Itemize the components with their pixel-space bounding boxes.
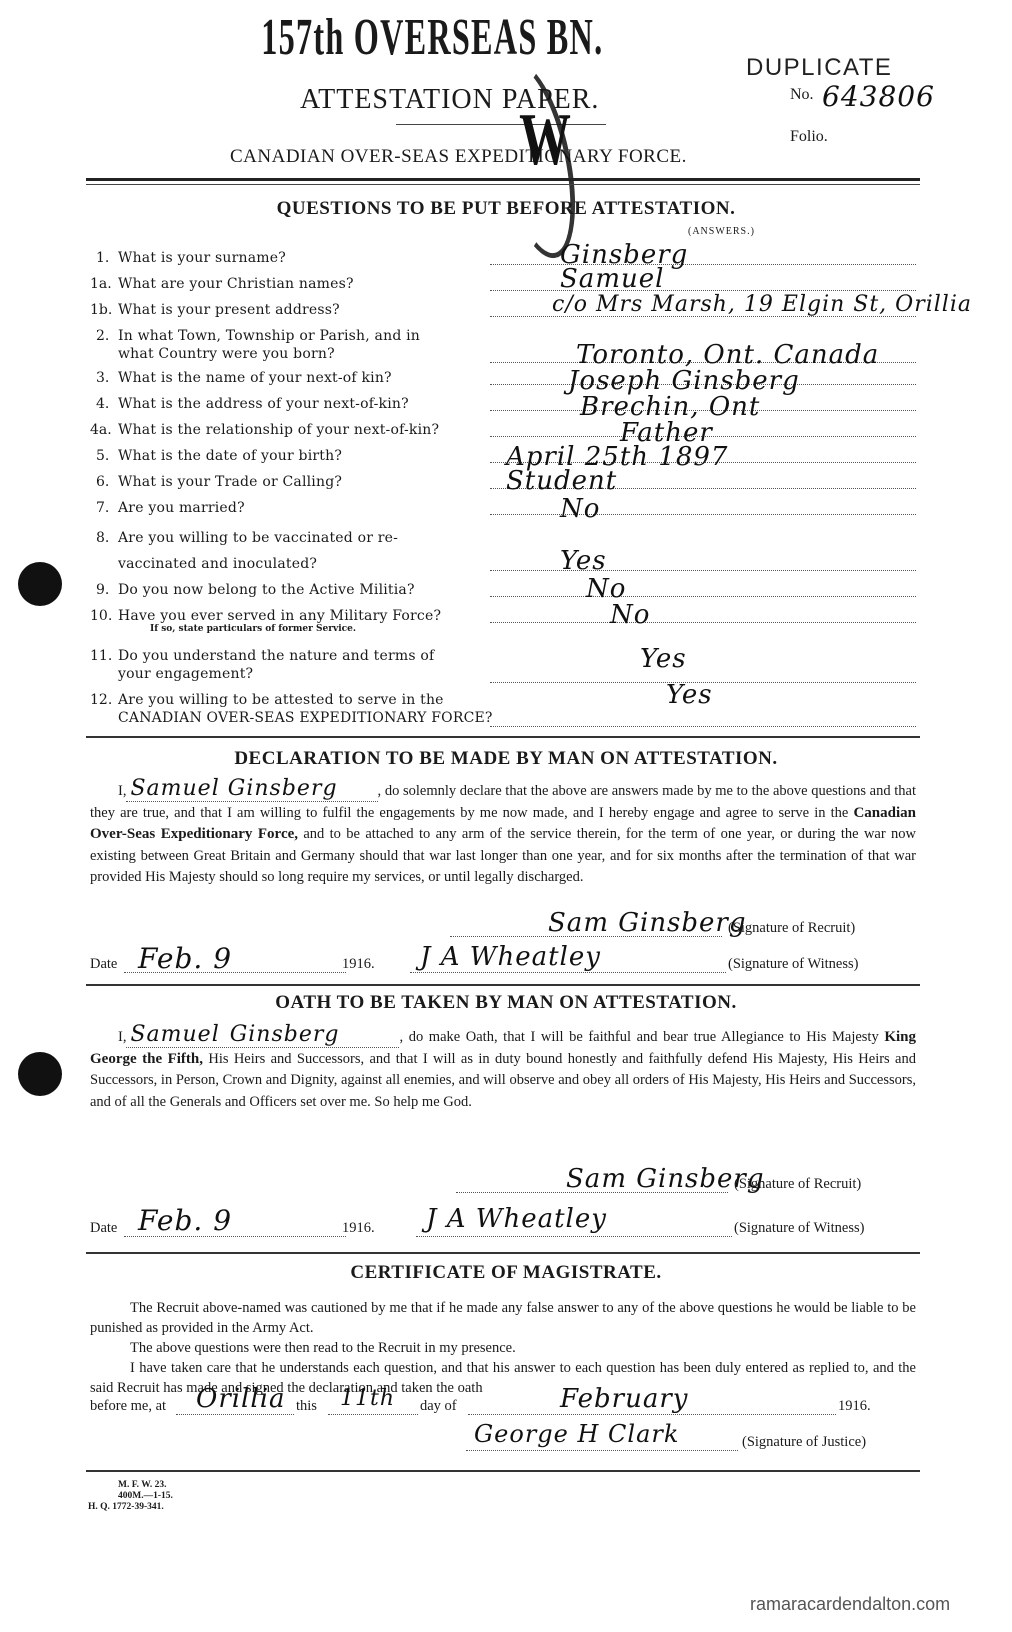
answer-field: Yes — [640, 644, 687, 674]
this-label: this — [296, 1398, 317, 1415]
declaration-date: Feb. 9 — [138, 942, 232, 975]
magistrate-para-1: The Recruit above-named was cautioned by… — [90, 1298, 916, 1338]
declaration-prefix: I, — [90, 783, 126, 799]
declaration-witness-signature: J A Wheatley — [420, 942, 601, 972]
folio-label: Folio. — [790, 128, 828, 146]
magistrate-divider — [86, 1470, 920, 1472]
attestation-month: February — [560, 1384, 688, 1414]
witness-line — [410, 972, 726, 973]
question-text: What is the date of your birth? — [118, 448, 342, 464]
question-text: What is the relationship of your next-of… — [118, 422, 439, 438]
attestation-day: 11th — [340, 1386, 395, 1411]
question-number: 1b. — [90, 302, 112, 318]
declaration-heading: DECLARATION TO BE MADE BY MAN ON ATTESTA… — [0, 748, 1012, 770]
answer-field: Samuel — [560, 264, 664, 294]
recruit-signature-label: (Signature of Recruit) — [728, 920, 855, 937]
question-text: What is your Trade or Calling? — [118, 474, 342, 490]
question-number: 9. — [96, 582, 109, 598]
hq-code: H. Q. 1772-39-341. — [88, 1502, 164, 1513]
question-number: 2. — [96, 328, 109, 344]
declaration-year: 1916. — [342, 956, 375, 973]
signature-line — [456, 1192, 728, 1193]
question-text: Do you understand the nature and terms o… — [118, 648, 434, 664]
question-text: Are you married? — [118, 500, 245, 516]
oath-recruit-name: Samuel Ginsberg — [126, 1022, 399, 1048]
oath-text-1: , do make Oath, that I will be faithful … — [399, 1029, 884, 1045]
question-text: Do you now belong to the Active Militia? — [118, 582, 415, 598]
stamp-letter: W — [519, 98, 571, 183]
question-text: What are your Christian names? — [118, 276, 354, 292]
question-text: What is the name of your next-of kin? — [118, 370, 392, 386]
answer-field: Student — [506, 466, 617, 496]
form-code: M. F. W. 23. — [118, 1480, 166, 1491]
question-number: 11. — [90, 648, 112, 664]
oath-text: I,Samuel Ginsberg, do make Oath, that I … — [90, 1024, 916, 1113]
question-text: Are you willing to be vaccinated or re- — [118, 530, 398, 546]
magistrate-heading: CERTIFICATE OF MAGISTRATE. — [0, 1262, 1012, 1284]
question-text: What is your surname? — [118, 250, 286, 266]
declaration-recruit-name: Samuel Ginsberg — [126, 776, 377, 802]
answer-field: No — [610, 600, 650, 630]
month-line — [468, 1414, 836, 1415]
day-of-label: day of — [420, 1398, 457, 1415]
watermark-link[interactable]: ramaracardendalton.com — [750, 1594, 950, 1615]
before-me-label: before me, at — [90, 1398, 166, 1415]
question-number: 1. — [96, 250, 109, 266]
question-text: Have you ever served in any Military For… — [118, 608, 441, 624]
oath-date: Feb. 9 — [138, 1204, 232, 1237]
oath-divider — [86, 1252, 920, 1254]
question-number: 6. — [96, 474, 109, 490]
oath-heading: OATH TO BE TAKEN BY MAN ON ATTESTATION. — [0, 992, 1012, 1014]
question-number: 12. — [90, 692, 112, 708]
question-text: In what Town, Township or Parish, and in — [118, 328, 420, 344]
justice-line — [466, 1450, 738, 1451]
answer-line — [490, 570, 916, 571]
question-number: 3. — [96, 370, 109, 386]
question-text: What is the address of your next-of-kin? — [118, 396, 409, 412]
question-note: If so, state particulars of former Servi… — [150, 624, 356, 634]
witness-signature-label: (Signature of Witness) — [728, 956, 858, 973]
oath-prefix: I, — [90, 1029, 126, 1045]
question-text-continued: vaccinated and inoculated? — [118, 556, 317, 572]
witness-line — [416, 1236, 732, 1237]
answer-field: No — [560, 494, 600, 524]
hole-punch-icon — [18, 562, 62, 606]
battalion-title: 157th OVERSEAS BN. — [156, 8, 783, 67]
answer-line — [490, 622, 916, 623]
declaration-divider — [86, 984, 920, 986]
question-number: 1a. — [90, 276, 112, 292]
place-line — [176, 1414, 294, 1415]
question-number: 8. — [96, 530, 109, 546]
question-text-continued: CANADIAN OVER-SEAS EXPEDITIONARY FORCE? — [118, 710, 493, 726]
question-text: Are you willing to be attested to serve … — [118, 692, 444, 708]
question-number: 4. — [96, 396, 109, 412]
answer-line — [490, 596, 916, 597]
justice-signature: George H Clark — [474, 1420, 679, 1448]
oath-witness-signature: J A Wheatley — [426, 1204, 607, 1234]
duplicate-label: DUPLICATE — [746, 54, 892, 82]
oath-text-2: His Heirs and Successors, and that I wil… — [90, 1051, 916, 1110]
witness-signature-label: (Signature of Witness) — [734, 1220, 864, 1237]
question-text: What is your present address? — [118, 302, 340, 318]
answer-line — [490, 514, 916, 515]
answer-line — [490, 290, 916, 291]
header-divider — [86, 178, 920, 185]
signature-line — [450, 936, 722, 937]
justice-signature-label: (Signature of Justice) — [742, 1434, 866, 1451]
number-label: No. — [790, 86, 814, 104]
oath-year: 1916. — [342, 1220, 375, 1237]
answer-field: Yes — [560, 546, 607, 576]
print-run-code: 400M.—1-15. — [118, 1491, 173, 1502]
regimental-number: 643806 — [822, 80, 935, 113]
question-text-continued: your engagement? — [118, 666, 253, 682]
force-title: CANADIAN OVER-SEAS EXPEDITIONARY FORCE. — [230, 146, 687, 168]
question-number: 7. — [96, 500, 109, 516]
answer-line — [490, 726, 916, 727]
questions-heading: QUESTIONS TO BE PUT BEFORE ATTESTATION. — [0, 198, 1012, 220]
question-number: 5. — [96, 448, 109, 464]
question-text-continued: what Country were you born? — [118, 346, 335, 362]
declaration-recruit-signature: Sam Ginsberg — [548, 908, 747, 938]
magistrate-para-2: The above questions were then read to th… — [90, 1338, 916, 1358]
attestation-place: Orillia — [196, 1384, 286, 1414]
attestation-year: 1916. — [838, 1398, 871, 1415]
day-line — [328, 1414, 418, 1415]
answer-field: Yes — [666, 680, 713, 710]
recruit-signature-label: (Signature of Recruit) — [734, 1176, 861, 1193]
questions-divider — [86, 736, 920, 738]
answer-line — [490, 264, 916, 265]
declaration-text: I,Samuel Ginsberg, do solemnly declare t… — [90, 778, 916, 889]
question-number: 4a. — [90, 422, 112, 438]
answer-field: c/o Mrs Marsh, 19 Elgin St, Orillia — [552, 292, 972, 317]
answers-label: (ANSWERS.) — [688, 226, 755, 237]
declaration-date-label: Date — [90, 956, 117, 973]
hole-punch-icon — [18, 1052, 62, 1096]
magistrate-text: The Recruit above-named was cautioned by… — [90, 1298, 916, 1398]
oath-date-label: Date — [90, 1220, 117, 1237]
question-number: 10. — [90, 608, 112, 624]
